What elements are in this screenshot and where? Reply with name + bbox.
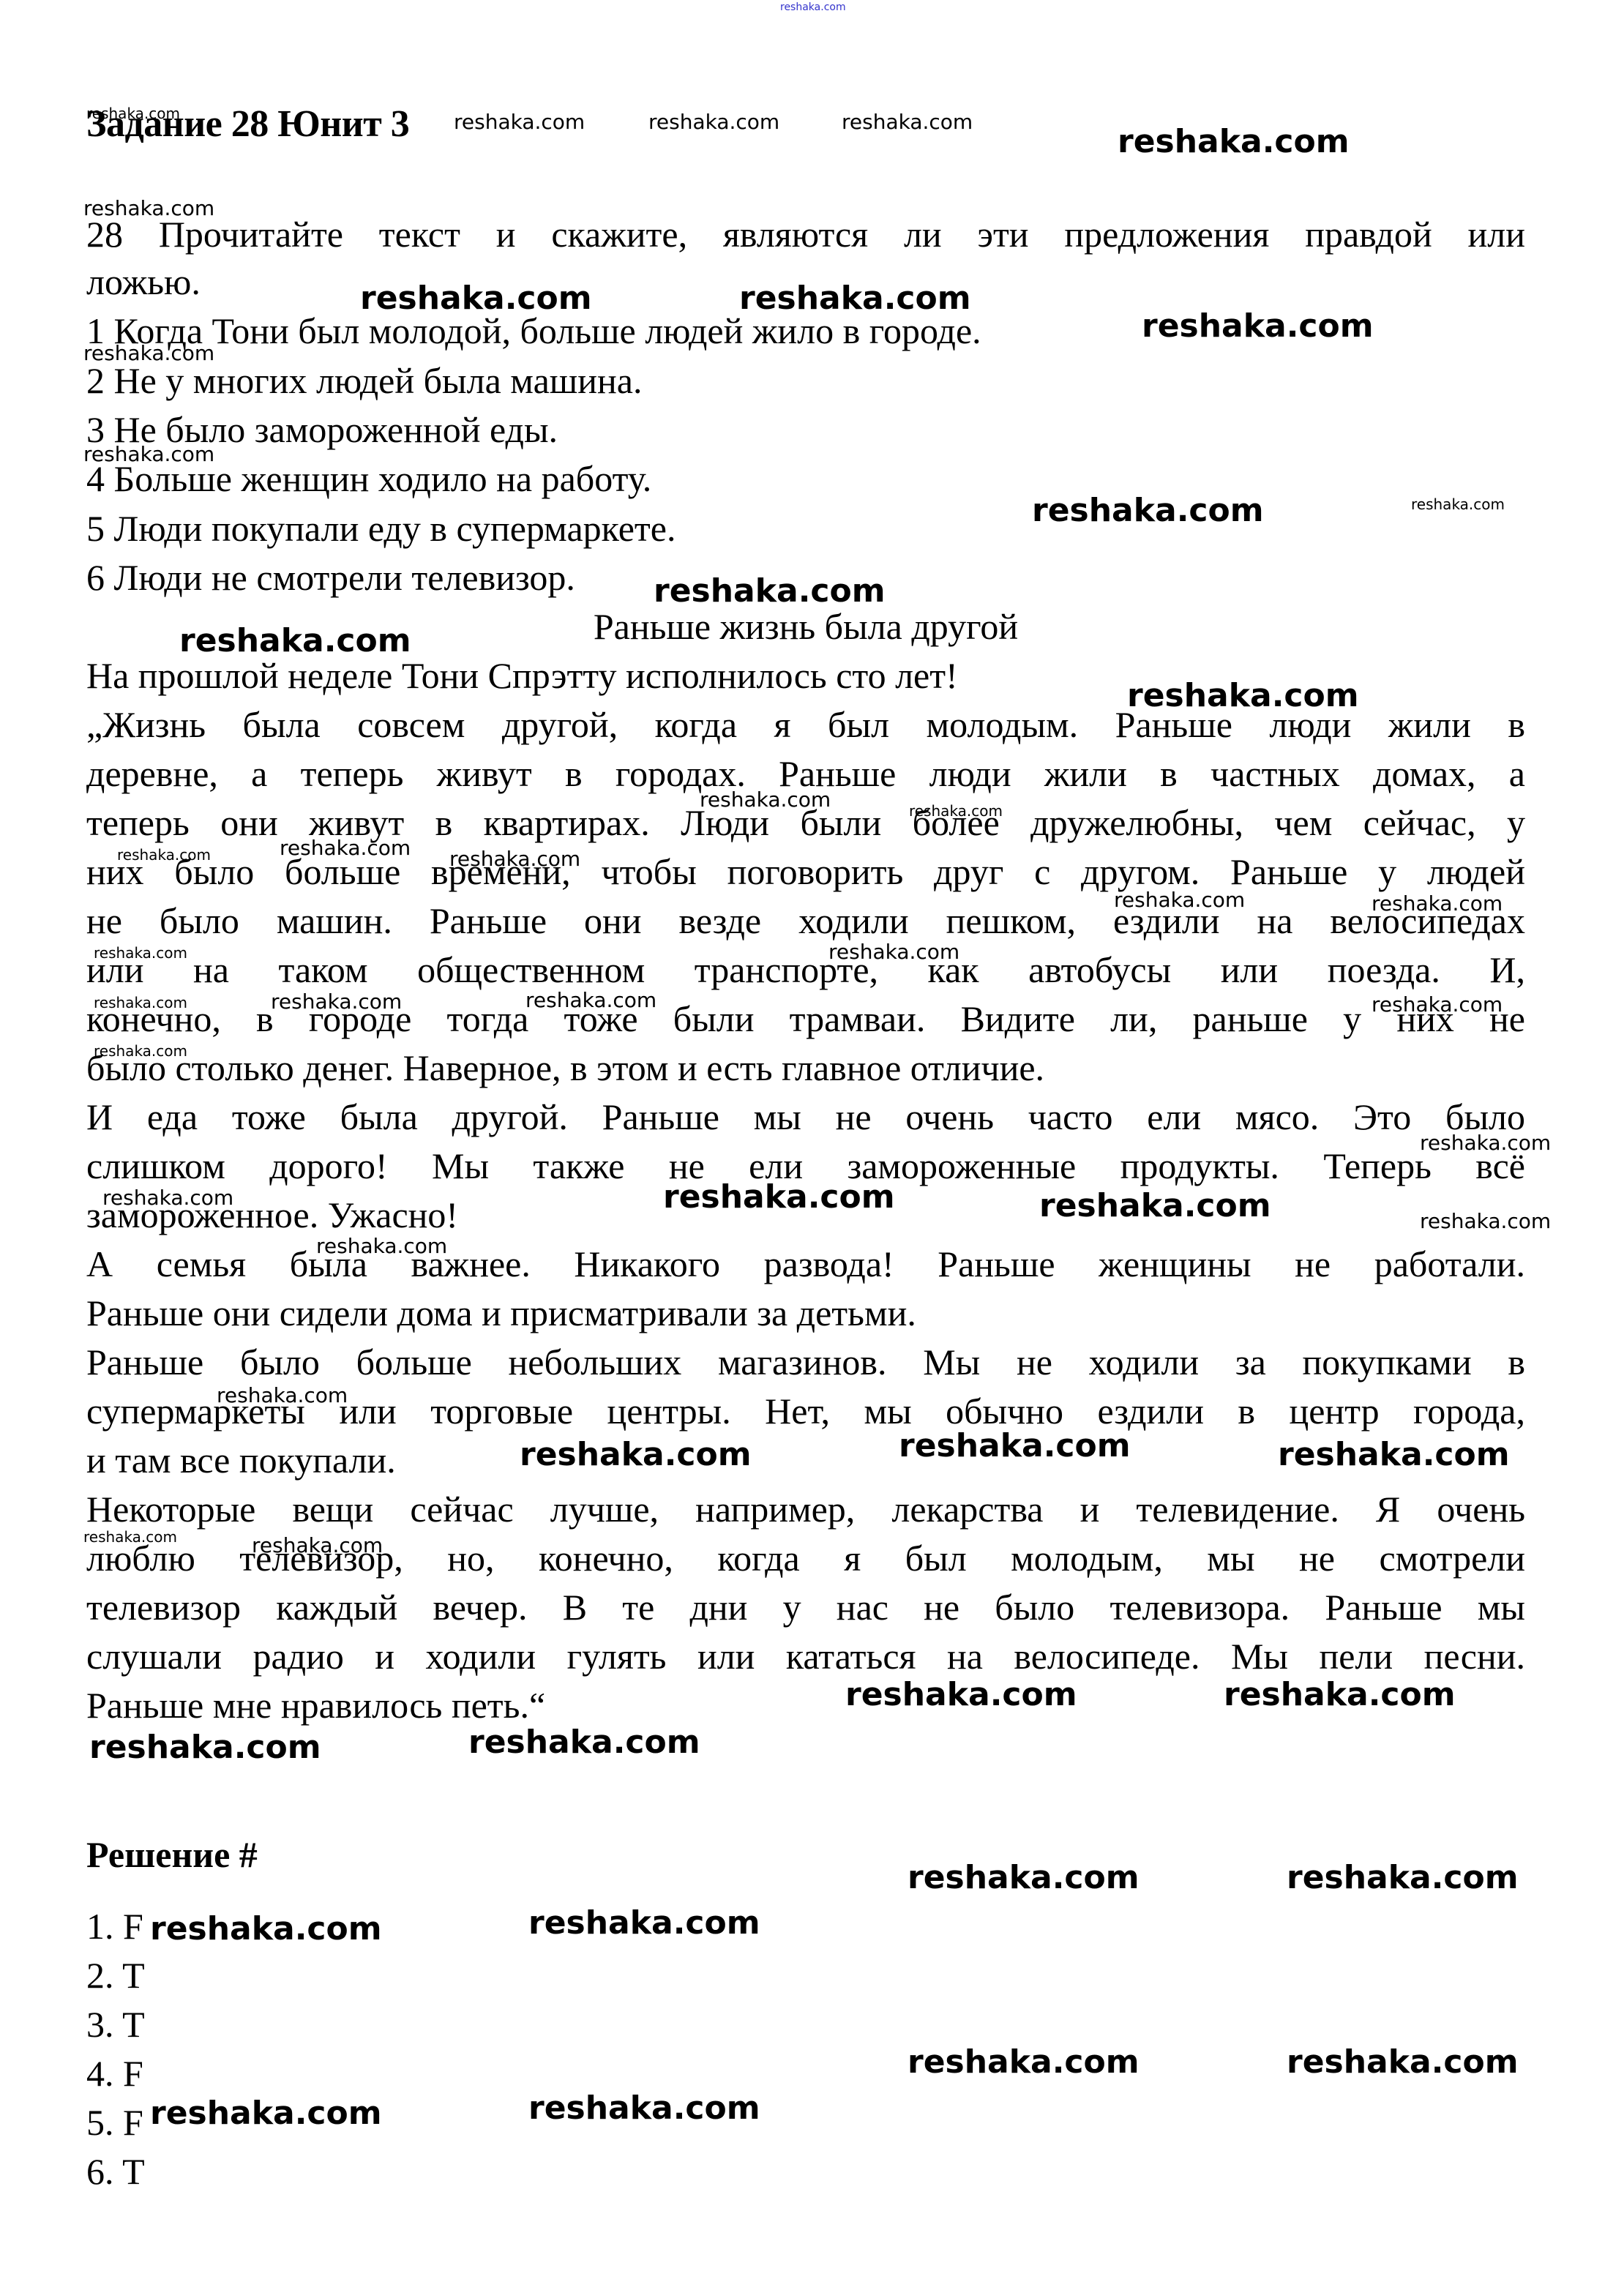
answer-item: 6. T xyxy=(86,2149,145,2193)
watermark: reshaka.com xyxy=(842,110,973,134)
text-line: На прошлой неделе Тони Спрэтту исполнило… xyxy=(86,654,958,697)
watermark: reshaka.com xyxy=(271,989,402,1014)
watermark: reshaka.com xyxy=(150,2095,382,2132)
watermark: reshaka.com xyxy=(520,1436,752,1473)
watermark: reshaka.com xyxy=(648,110,779,134)
watermark: reshaka.com xyxy=(83,1528,177,1546)
answer-item: 5. F xyxy=(86,2100,143,2144)
watermark: reshaka.com xyxy=(1420,1209,1551,1233)
watermark: reshaka.com xyxy=(1114,888,1245,912)
text-line: телевизор каждый вечер. В те дни у нас н… xyxy=(86,1585,1525,1629)
watermark: reshaka.com xyxy=(1032,492,1264,529)
instruction-line-2: ложью. xyxy=(86,260,201,304)
text-line: И еда тоже была другой. Раньше мы не оче… xyxy=(86,1095,1525,1139)
text-line: А семья была важнее. Никакого развода! Р… xyxy=(86,1242,1525,1286)
watermark: reshaka.com xyxy=(468,1724,700,1761)
watermark: reshaka.com xyxy=(528,1904,760,1942)
text-line: Раньше мне нравилось петь.“ xyxy=(86,1683,545,1727)
statement: 2 Не у многих людей была машина. xyxy=(86,359,643,403)
statement: 6 Люди не смотрели телевизор. xyxy=(86,555,575,599)
watermark: reshaka.com xyxy=(1127,677,1359,714)
text-line: или на таком общественном транспорте, ка… xyxy=(86,948,1525,992)
watermark: reshaka.com xyxy=(845,1676,1077,1713)
watermark: reshaka.com xyxy=(217,1383,348,1407)
watermark: reshaka.com xyxy=(179,622,411,659)
watermark: reshaka.com xyxy=(94,1042,187,1060)
watermark: reshaka.com xyxy=(449,847,580,871)
watermark: reshaka.com xyxy=(908,2043,1140,2081)
watermark: reshaka.com xyxy=(1287,1859,1519,1896)
watermark: reshaka.com xyxy=(828,940,959,964)
answer-item: 1. F xyxy=(86,1904,143,1948)
watermark: reshaka.com xyxy=(1278,1436,1510,1473)
watermark: reshaka.com xyxy=(654,572,886,610)
solution-title: Решение # xyxy=(86,1833,258,1876)
watermark: reshaka.com xyxy=(1287,2043,1519,2081)
watermark: reshaka.com xyxy=(102,1186,233,1210)
answer-item: 3. T xyxy=(86,2002,145,2046)
watermark: reshaka.com xyxy=(94,994,187,1011)
watermark: reshaka.com xyxy=(1420,1131,1551,1155)
watermark: reshaka.com xyxy=(1372,891,1503,916)
text-line: слушали радио и ходили гулять или катать… xyxy=(86,1634,1525,1678)
watermark: reshaka.com xyxy=(252,1533,383,1557)
watermark: reshaka.com xyxy=(150,1910,382,1947)
watermark: reshaka.com xyxy=(117,846,211,864)
watermark: reshaka.com xyxy=(525,988,656,1012)
watermark: reshaka.com xyxy=(528,2089,760,2127)
watermark: reshaka.com xyxy=(86,105,180,122)
watermark: reshaka.com xyxy=(909,802,1003,820)
watermark: reshaka.com xyxy=(663,1178,895,1216)
watermark: reshaka.com xyxy=(739,280,971,317)
watermark: reshaka.com xyxy=(1224,1676,1456,1713)
text-line: не было машин. Раньше они везде ходили п… xyxy=(86,899,1525,943)
watermark: reshaka.com xyxy=(1142,307,1374,345)
watermark: reshaka.com xyxy=(700,787,831,812)
watermark: reshaka.com xyxy=(83,442,214,466)
answer-item: 2. T xyxy=(86,1953,145,1997)
watermark: reshaka.com xyxy=(83,196,214,220)
statement: 5 Люди покупали еду в супермаркете. xyxy=(86,506,676,550)
text-line: Раньше они сидели дома и присматривали з… xyxy=(86,1291,916,1335)
watermark: reshaka.com xyxy=(899,1427,1131,1464)
instruction-line-1: 28 Прочитайте текст и скажите, являются … xyxy=(86,212,1525,256)
watermark: reshaka.com xyxy=(1039,1187,1271,1224)
watermark: reshaka.com xyxy=(1372,992,1503,1017)
watermark: reshaka.com xyxy=(89,1729,321,1766)
watermark: reshaka.com xyxy=(1118,123,1350,160)
answer-item: 4. F xyxy=(86,2051,143,2095)
watermark: reshaka.com xyxy=(1411,495,1505,513)
text-line: было столько денег. Наверное, в этом и е… xyxy=(86,1046,1044,1090)
watermark: reshaka.com xyxy=(280,836,411,860)
watermark: reshaka.com xyxy=(908,1859,1140,1896)
watermark: reshaka.com xyxy=(94,944,187,962)
watermark: reshaka.com xyxy=(83,341,214,365)
text-line: Раньше было больше небольших магазинов. … xyxy=(86,1340,1525,1384)
watermark: reshaka.com xyxy=(454,110,585,134)
top-watermark: reshaka.com xyxy=(780,1,846,13)
text-line: и там все покупали. xyxy=(86,1438,396,1482)
text-line: Некоторые вещи сейчас лучше, например, л… xyxy=(86,1487,1525,1531)
watermark: reshaka.com xyxy=(316,1234,447,1258)
watermark: reshaka.com xyxy=(360,280,592,317)
